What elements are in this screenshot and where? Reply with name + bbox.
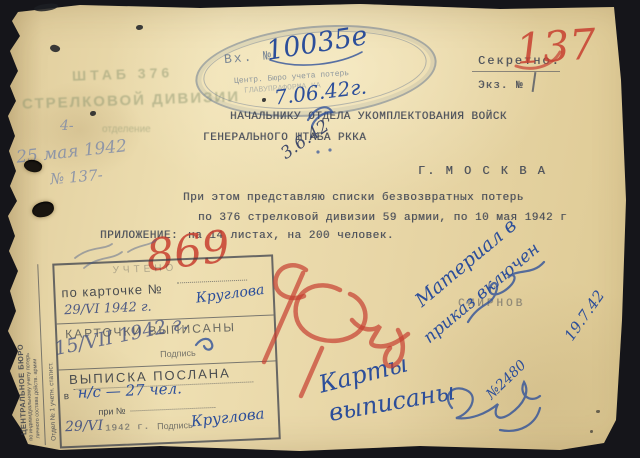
registry-card-rule [177,280,247,284]
address-city: Г. М О С К В А [418,164,547,178]
copy-number-label: Экз. № [478,80,524,92]
address-line-1: НАЧАЛЬНИКУ ОТДЕЛА УКОМПЛЕКТОВАНИЯ ВОЙСК [230,111,507,123]
registry-card-signature: Круглова [195,282,265,307]
registry-sent-year: 1942 г. [105,422,150,434]
registry-issued-sign-label: Подпись [160,348,196,359]
body-line-1: При этом представляю списки безвозвратны… [183,192,524,204]
registry-extract-prefix: в [64,391,70,402]
registry-stamp-box: ЦЕНТРАЛЬНОЕ БЮРО по индивидуальному учет… [4,252,280,450]
registry-card-date: 29/VI 1942 г. [64,300,152,319]
scan-background: ШТАБ 376 СТРЕЛКОВОЙ ДИВИЗИИ 4- отделение… [0,0,640,458]
registry-counted: УЧТЕНО [112,262,177,276]
registry-card-label: по карточке № [61,281,163,300]
registry-attach-number-label: при № [98,406,125,417]
red-folio-number: 137 [514,19,597,73]
registry-sent-sign-label: Подпись [157,420,193,431]
registry-extract-value: н/с — 27 чел. [77,379,182,401]
letterhead-line3: отделение [102,124,151,135]
registry-sent-date: 29/VI [65,418,104,436]
letterhead-hw-mark: 4- [60,118,74,134]
registry-stamp-main: УЧТЕНО по карточке № 29/VI 1942 г. Кругл… [52,254,281,448]
